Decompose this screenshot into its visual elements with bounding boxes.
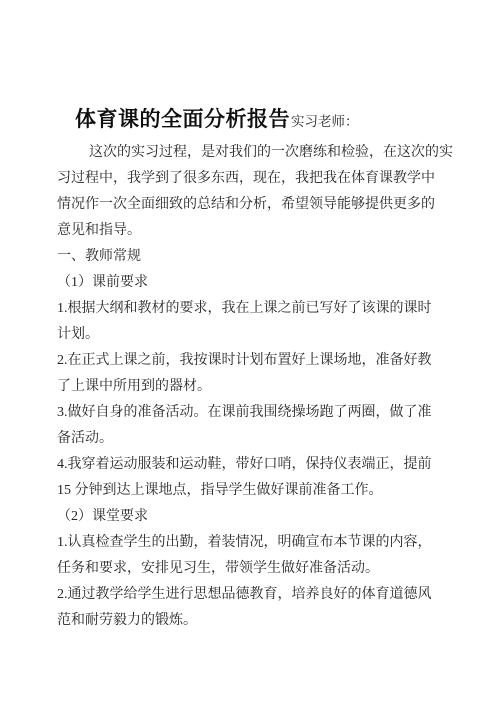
text-line: 意见和指导。 [57, 218, 439, 244]
text-line: 习过程中，我学到了很多东西，现在，我把我在体育课教学中 [57, 166, 439, 192]
intern-teacher-label: 实习老师： [291, 110, 359, 130]
text-line: 3.做好自身的准备活动。在课前我围绕操场跑了两圈，做了准 [57, 400, 439, 426]
text-line: 了上课中所用到的器材。 [57, 374, 439, 400]
text-line: （2）课堂要求 [57, 504, 439, 530]
document-title: 体育课的全面分析报告 [75, 103, 290, 133]
document-page: 体育课的全面分析报告 实习老师： 这次的实习过程，是对我们的一次磨练和检验，在这… [0, 0, 500, 708]
text-line: 4.我穿着运动服装和运动鞋，带好口哨，保持仪表端正，提前 [57, 452, 439, 478]
text-line: 范和耐劳毅力的锻炼。 [57, 608, 439, 634]
text-line: 情况作一次全面细致的总结和分析，希望领导能够提供更多的 [57, 192, 439, 218]
text-line: 2.在正式上课之前，我按课时计划布置好上课场地，准备好教 [57, 348, 439, 374]
document-title-row: 体育课的全面分析报告 实习老师： [75, 103, 359, 133]
text-line: （1）课前要求 [57, 270, 439, 296]
text-line: 备活动。 [57, 426, 439, 452]
text-line: 15 分钟到达上课地点，指导学生做好课前准备工作。 [57, 478, 439, 504]
text-line: 1.根据大纲和教材的要求，我在上课之前已写好了该课的课时 [57, 296, 439, 322]
text-line: 这次的实习过程，是对我们的一次磨练和检验，在这次的实 [57, 140, 439, 166]
document-body: 这次的实习过程，是对我们的一次磨练和检验，在这次的实习过程中，我学到了很多东西，… [57, 140, 439, 634]
text-line: 1.认真检查学生的出勤，着装情况，明确宣布本节课的内容， [57, 530, 439, 556]
text-line: 计划。 [57, 322, 439, 348]
text-line: 2.通过教学给学生进行思想品德教育，培养良好的体育道德风 [57, 582, 439, 608]
text-line: 任务和要求，安排见习生，带领学生做好准备活动。 [57, 556, 439, 582]
text-line: 一、教师常规 [57, 244, 439, 270]
